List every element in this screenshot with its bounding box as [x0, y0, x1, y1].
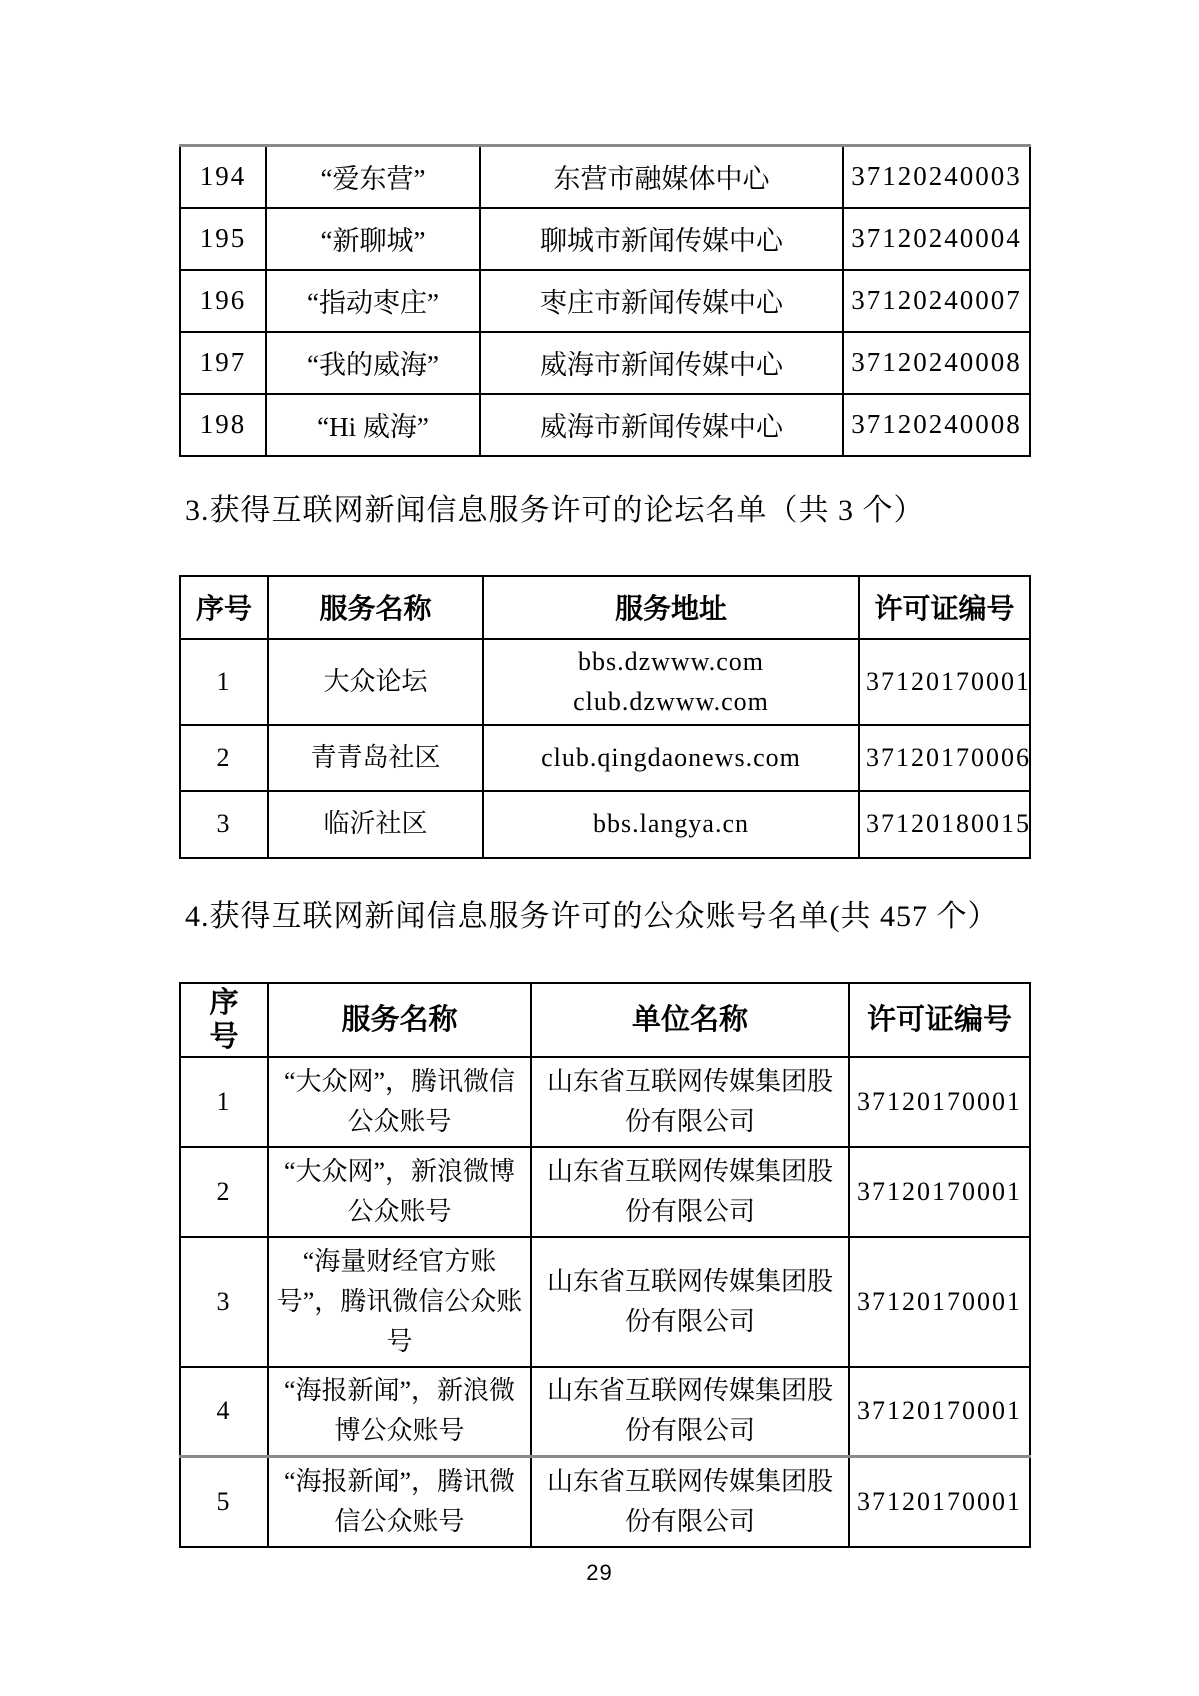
table-row: 195 “新聊城” 聊城市新闻传媒中心 37120240004 [180, 208, 1030, 270]
service-name-cell: “爱东营” [266, 146, 480, 208]
unit-name-cell: 聊城市新闻传媒中心 [480, 208, 843, 270]
license-no-cell: 37120170001 [849, 1457, 1030, 1547]
seq-cell: 5 [180, 1457, 268, 1547]
page-content: 194 “爱东营” 东营市融媒体中心 37120240003 195 “新聊城”… [179, 0, 1029, 1548]
seq-cell: 1 [180, 639, 268, 725]
licensed-accounts-table: 序 号 服务名称 单位名称 许可证编号 1 “大众网”，腾讯微信公众账号 山东省… [179, 982, 1031, 1548]
unit-name-cell: 山东省互联网传媒集团股份有限公司 [531, 1457, 849, 1547]
seq-cell: 198 [180, 394, 266, 456]
service-addr-cell: club.qingdaonews.com [483, 725, 859, 791]
seq-cell: 195 [180, 208, 266, 270]
unit-name-cell: 威海市新闻传媒中心 [480, 332, 843, 394]
license-no-cell: 37120170001 [859, 639, 1030, 725]
license-no-cell: 37120240004 [843, 208, 1030, 270]
license-no-cell: 37120240007 [843, 270, 1030, 332]
table-row: 2 青青岛社区 club.qingdaonews.com 37120170006 [180, 725, 1030, 791]
license-no-cell: 37120240008 [843, 394, 1030, 456]
service-name-cell: “我的威海” [266, 332, 480, 394]
table-row: 198 “Hi 威海” 威海市新闻传媒中心 37120240008 [180, 394, 1030, 456]
service-name-header: 服务名称 [268, 576, 483, 639]
table-row: 2 “大众网”，新浪微博公众账号 山东省互联网传媒集团股份有限公司 371201… [180, 1147, 1030, 1237]
licensed-forums-table: 序号 服务名称 服务地址 许可证编号 1 大众论坛 bbs.dzwww.com … [179, 575, 1031, 859]
table-row: 196 “指动枣庄” 枣庄市新闻传媒中心 37120240007 [180, 270, 1030, 332]
service-name-cell: 临沂社区 [268, 791, 483, 858]
licensed-apps-continuation-table: 194 “爱东营” 东营市融媒体中心 37120240003 195 “新聊城”… [179, 144, 1031, 457]
service-name-cell: “海报新闻”，新浪微博公众账号 [268, 1367, 531, 1457]
service-name-header: 服务名称 [268, 983, 531, 1057]
license-no-cell: 37120240008 [843, 332, 1030, 394]
license-no-cell: 37120170001 [849, 1057, 1030, 1147]
unit-name-cell: 山东省互联网传媒集团股份有限公司 [531, 1237, 849, 1367]
service-addr-cell: bbs.langya.cn [483, 791, 859, 858]
license-no-cell: 37120240003 [843, 146, 1030, 208]
service-name-cell: “海报新闻”，腾讯微信公众账号 [268, 1457, 531, 1547]
seq-cell: 194 [180, 146, 266, 208]
table-row: 194 “爱东营” 东营市融媒体中心 37120240003 [180, 146, 1030, 208]
seq-cell: 4 [180, 1367, 268, 1457]
accounts-section-heading: 4.获得互联网新闻信息服务许可的公众账号名单(共 457 个） [185, 897, 1029, 937]
seq-cell: 1 [180, 1057, 268, 1147]
table-row: 197 “我的威海” 威海市新闻传媒中心 37120240008 [180, 332, 1030, 394]
unit-name-cell: 威海市新闻传媒中心 [480, 394, 843, 456]
unit-name-cell: 东营市融媒体中心 [480, 146, 843, 208]
unit-name-cell: 枣庄市新闻传媒中心 [480, 270, 843, 332]
table-row: 1 大众论坛 bbs.dzwww.com club.dzwww.com 3712… [180, 639, 1030, 725]
service-name-cell: “大众网”，腾讯微信公众账号 [268, 1057, 531, 1147]
unit-name-header: 单位名称 [531, 983, 849, 1057]
unit-name-cell: 山东省互联网传媒集团股份有限公司 [531, 1057, 849, 1147]
seq-cell: 3 [180, 791, 268, 858]
page-number: 29 [0, 1560, 1199, 1586]
seq-header: 序号 [180, 576, 268, 639]
service-name-cell: 青青岛社区 [268, 725, 483, 791]
license-no-cell: 37120180015 [859, 791, 1030, 858]
license-no-header: 许可证编号 [849, 983, 1030, 1057]
seq-header: 序 号 [180, 983, 268, 1057]
table-row: 4 “海报新闻”，新浪微博公众账号 山东省互联网传媒集团股份有限公司 37120… [180, 1367, 1030, 1457]
table-row: 1 “大众网”，腾讯微信公众账号 山东省互联网传媒集团股份有限公司 371201… [180, 1057, 1030, 1147]
table-row: 3 临沂社区 bbs.langya.cn 37120180015 [180, 791, 1030, 858]
license-no-cell: 37120170001 [849, 1367, 1030, 1457]
seq-cell: 3 [180, 1237, 268, 1367]
service-name-cell: “大众网”，新浪微博公众账号 [268, 1147, 531, 1237]
license-no-header: 许可证编号 [859, 576, 1030, 639]
service-name-cell: 大众论坛 [268, 639, 483, 725]
license-no-cell: 37120170001 [849, 1147, 1030, 1237]
seq-cell: 196 [180, 270, 266, 332]
document-page: 194 “爱东营” 东营市融媒体中心 37120240003 195 “新聊城”… [0, 0, 1199, 1696]
table-row: 5 “海报新闻”，腾讯微信公众账号 山东省互联网传媒集团股份有限公司 37120… [180, 1457, 1030, 1547]
service-name-cell: “海量财经官方账号”，腾讯微信公众账号 [268, 1237, 531, 1367]
license-no-cell: 37120170006 [859, 725, 1030, 791]
service-addr-cell: bbs.dzwww.com club.dzwww.com [483, 639, 859, 725]
table-row: 3 “海量财经官方账号”，腾讯微信公众账号 山东省互联网传媒集团股份有限公司 3… [180, 1237, 1030, 1367]
license-no-cell: 37120170001 [849, 1237, 1030, 1367]
service-addr-header: 服务地址 [483, 576, 859, 639]
seq-cell: 197 [180, 332, 266, 394]
table-header-row: 序号 服务名称 服务地址 许可证编号 [180, 576, 1030, 639]
service-name-cell: “新聊城” [266, 208, 480, 270]
seq-cell: 2 [180, 725, 268, 791]
seq-cell: 2 [180, 1147, 268, 1237]
unit-name-cell: 山东省互联网传媒集团股份有限公司 [531, 1367, 849, 1457]
forum-section-heading: 3.获得互联网新闻信息服务许可的论坛名单（共 3 个） [185, 491, 1029, 531]
table-header-row: 序 号 服务名称 单位名称 许可证编号 [180, 983, 1030, 1057]
service-name-cell: “指动枣庄” [266, 270, 480, 332]
service-name-cell: “Hi 威海” [266, 394, 480, 456]
unit-name-cell: 山东省互联网传媒集团股份有限公司 [531, 1147, 849, 1237]
